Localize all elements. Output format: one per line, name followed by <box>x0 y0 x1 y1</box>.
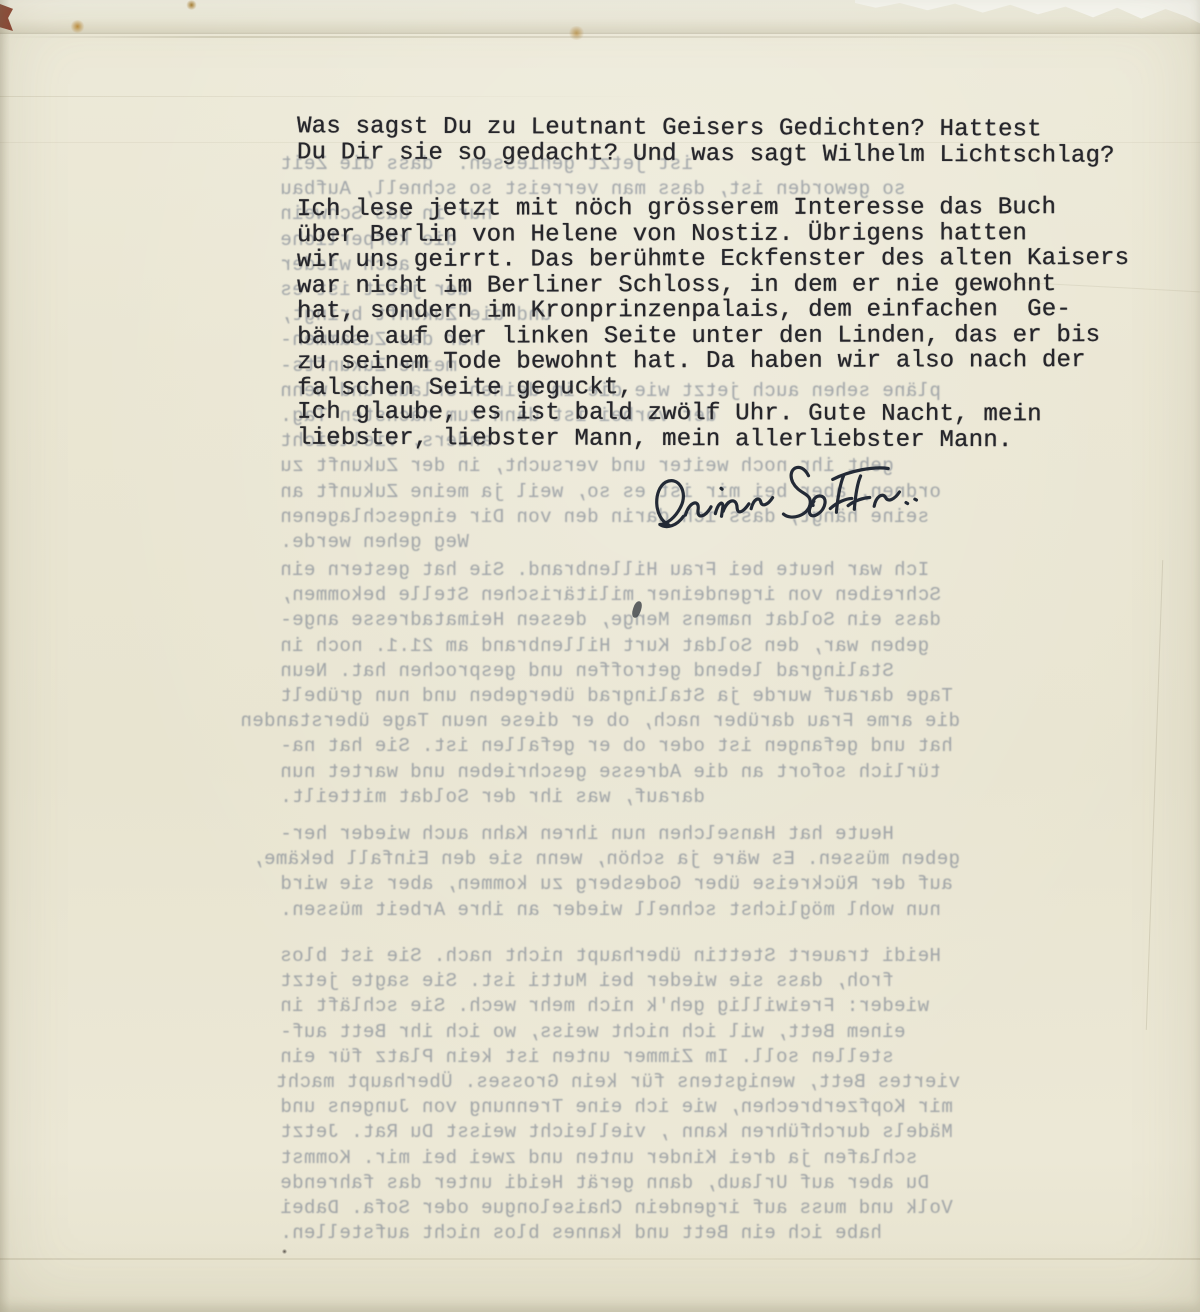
typed-paragraph-1: Was sagst Du zu Leutnant Geisers Gedicht… <box>297 114 1115 169</box>
ink-speck <box>282 1249 287 1254</box>
paper-crease <box>0 1258 1200 1260</box>
paper-crease <box>0 36 1200 38</box>
page-edge-shade <box>0 0 10 1312</box>
letter-page: ist jetzt geniessen. dass die Zeit so ge… <box>0 0 1200 1312</box>
typed-paragraph-2: Ich lese jetzt mit nöch grösserem Intere… <box>297 195 1130 401</box>
bleed-through-block-d: Heidi trauert Stettin überhaupt nicht na… <box>280 944 960 1246</box>
signature-strokes <box>635 443 970 565</box>
bleed-through-block-c: Heute hat Hanselchen nun ihren Kahn auch… <box>280 822 960 923</box>
paper-crease <box>1146 560 1163 1030</box>
paper-crease <box>0 96 672 97</box>
signature: Deine Lotte <box>635 443 970 565</box>
bleed-through-block-b: Ich war heute bei Frau Hillenbrand. Sie … <box>280 558 960 810</box>
